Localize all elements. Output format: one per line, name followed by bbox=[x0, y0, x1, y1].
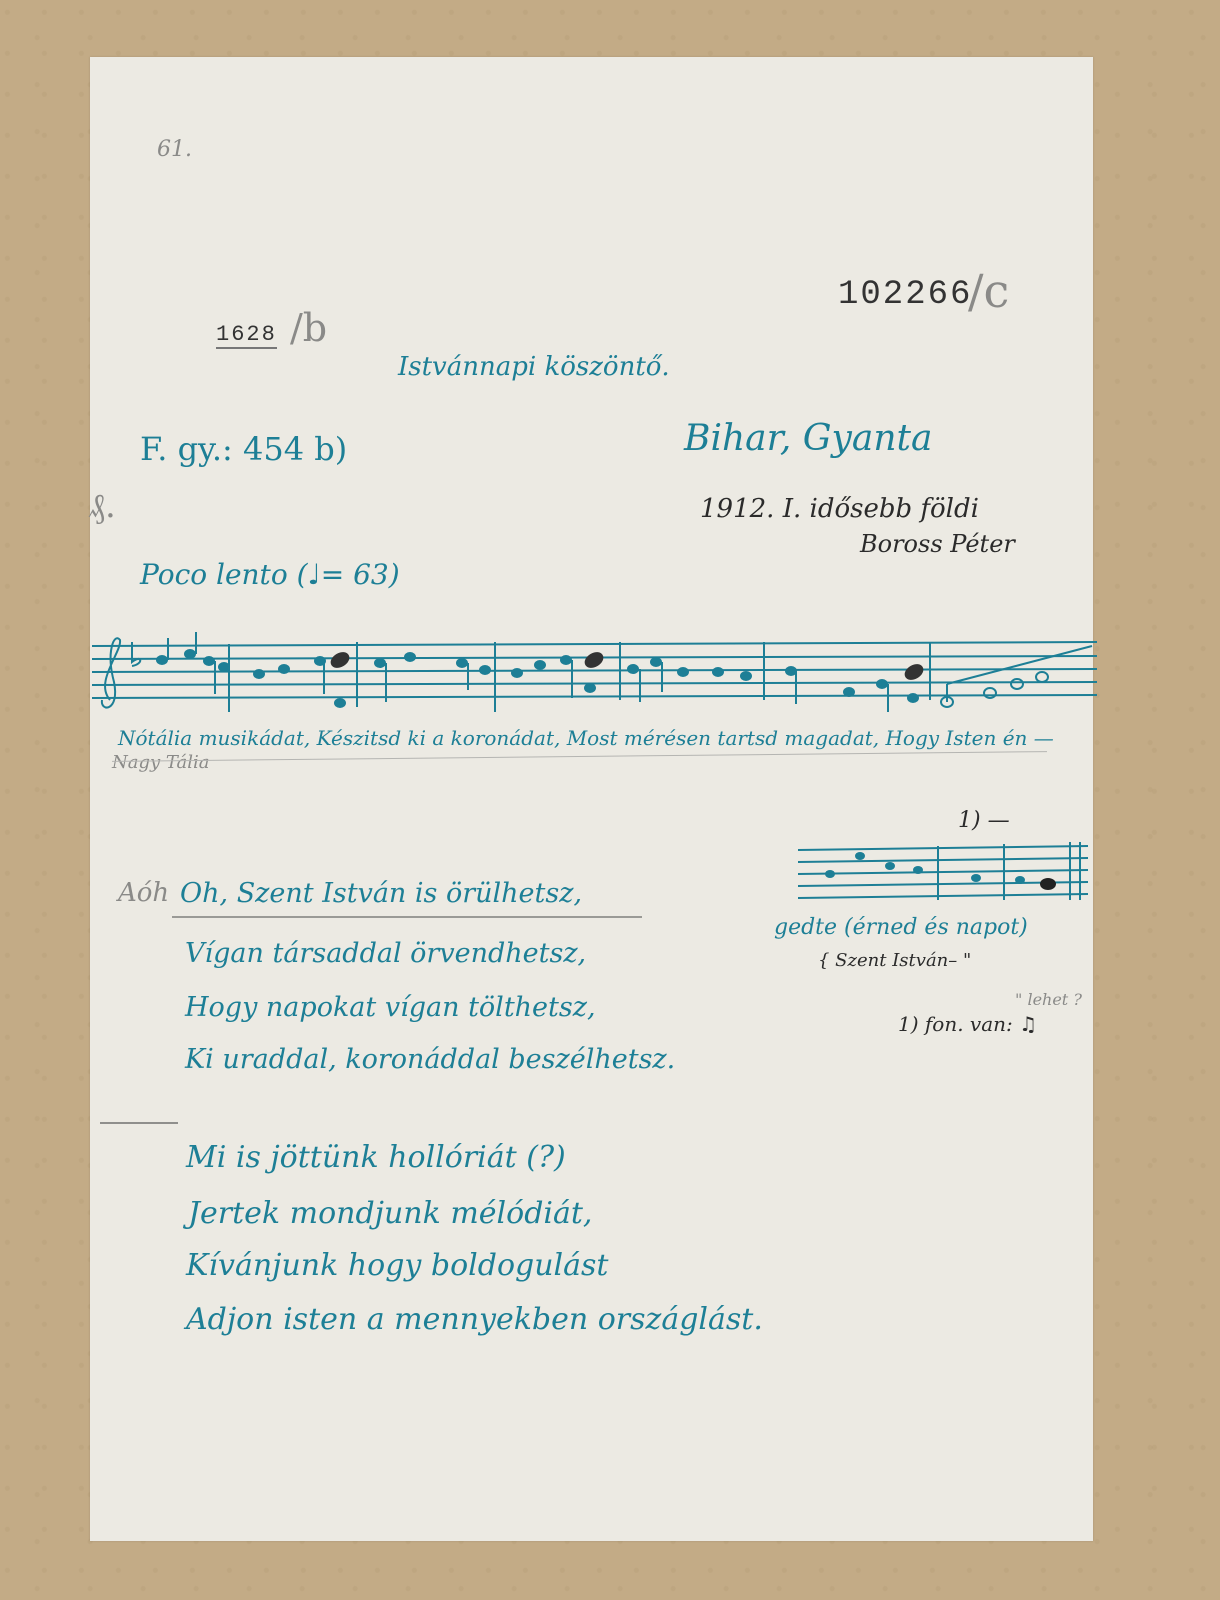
ending-lyric: gedte (érned és napot) bbox=[774, 915, 1028, 940]
stanza1-underline bbox=[172, 916, 642, 918]
stanza1-line-4: Ki uraddal, koronáddal beszélhetsz. bbox=[185, 1044, 675, 1075]
stanza1-line-1: Oh, Szent István is örülhetsz, bbox=[180, 878, 582, 909]
stanza2-line-4: Adjon isten a mennyekben országlást. bbox=[186, 1302, 763, 1337]
music-staff-main bbox=[92, 632, 1102, 722]
stanza2-line-1: Mi is jöttünk hollóriát (?) bbox=[186, 1140, 566, 1175]
stanza2-line-3: Kívánjunk hogy boldogulást bbox=[186, 1248, 608, 1283]
stanza-separator bbox=[100, 1122, 178, 1124]
catalog-suffix-left: /b bbox=[290, 306, 327, 350]
ending-alt-lyric: { Szent István– " bbox=[818, 950, 971, 971]
page-number: 61. bbox=[157, 137, 192, 162]
stanza1-line-3: Hogy napokat vígan tölthetsz, bbox=[185, 992, 596, 1023]
lyric-underlay: Nótália musikádat, Készitsd ki a koronád… bbox=[118, 726, 1054, 750]
stanza1-line-2: Vígan társaddal örvendhetsz, bbox=[185, 938, 586, 969]
music-staff-ending bbox=[798, 840, 1098, 910]
tempo-marking: Poco lento (♩= 63) bbox=[140, 558, 400, 591]
location: Bihar, Gyanta bbox=[684, 418, 932, 459]
catalog-number-left: 1628 bbox=[216, 322, 277, 349]
collection-date-note: 1912. I. idősebb földi bbox=[700, 494, 979, 524]
ending-mark: 1) — bbox=[958, 808, 1010, 833]
song-title: Istvánnapi köszöntő. bbox=[398, 352, 670, 382]
stanza2-line-2: Jertek mondjunk mélódiát, bbox=[188, 1196, 592, 1231]
singer-name: Boross Péter bbox=[860, 530, 1015, 558]
catalog-number-right: 102266 bbox=[838, 276, 972, 314]
ending-question-note: " lehet ? bbox=[1015, 990, 1082, 1009]
pencil-mark: ₰. bbox=[88, 486, 116, 526]
stanza1-margin-alt: Aóh bbox=[118, 878, 169, 908]
footnote: 1) fon. van: ♫ bbox=[898, 1012, 1037, 1036]
catalog-suffix-right: /c bbox=[968, 264, 1009, 318]
lyric-underlay-pencil-alt: Nagy Tália bbox=[112, 752, 209, 773]
reference-number: F. gy.: 454 b) bbox=[140, 430, 347, 468]
